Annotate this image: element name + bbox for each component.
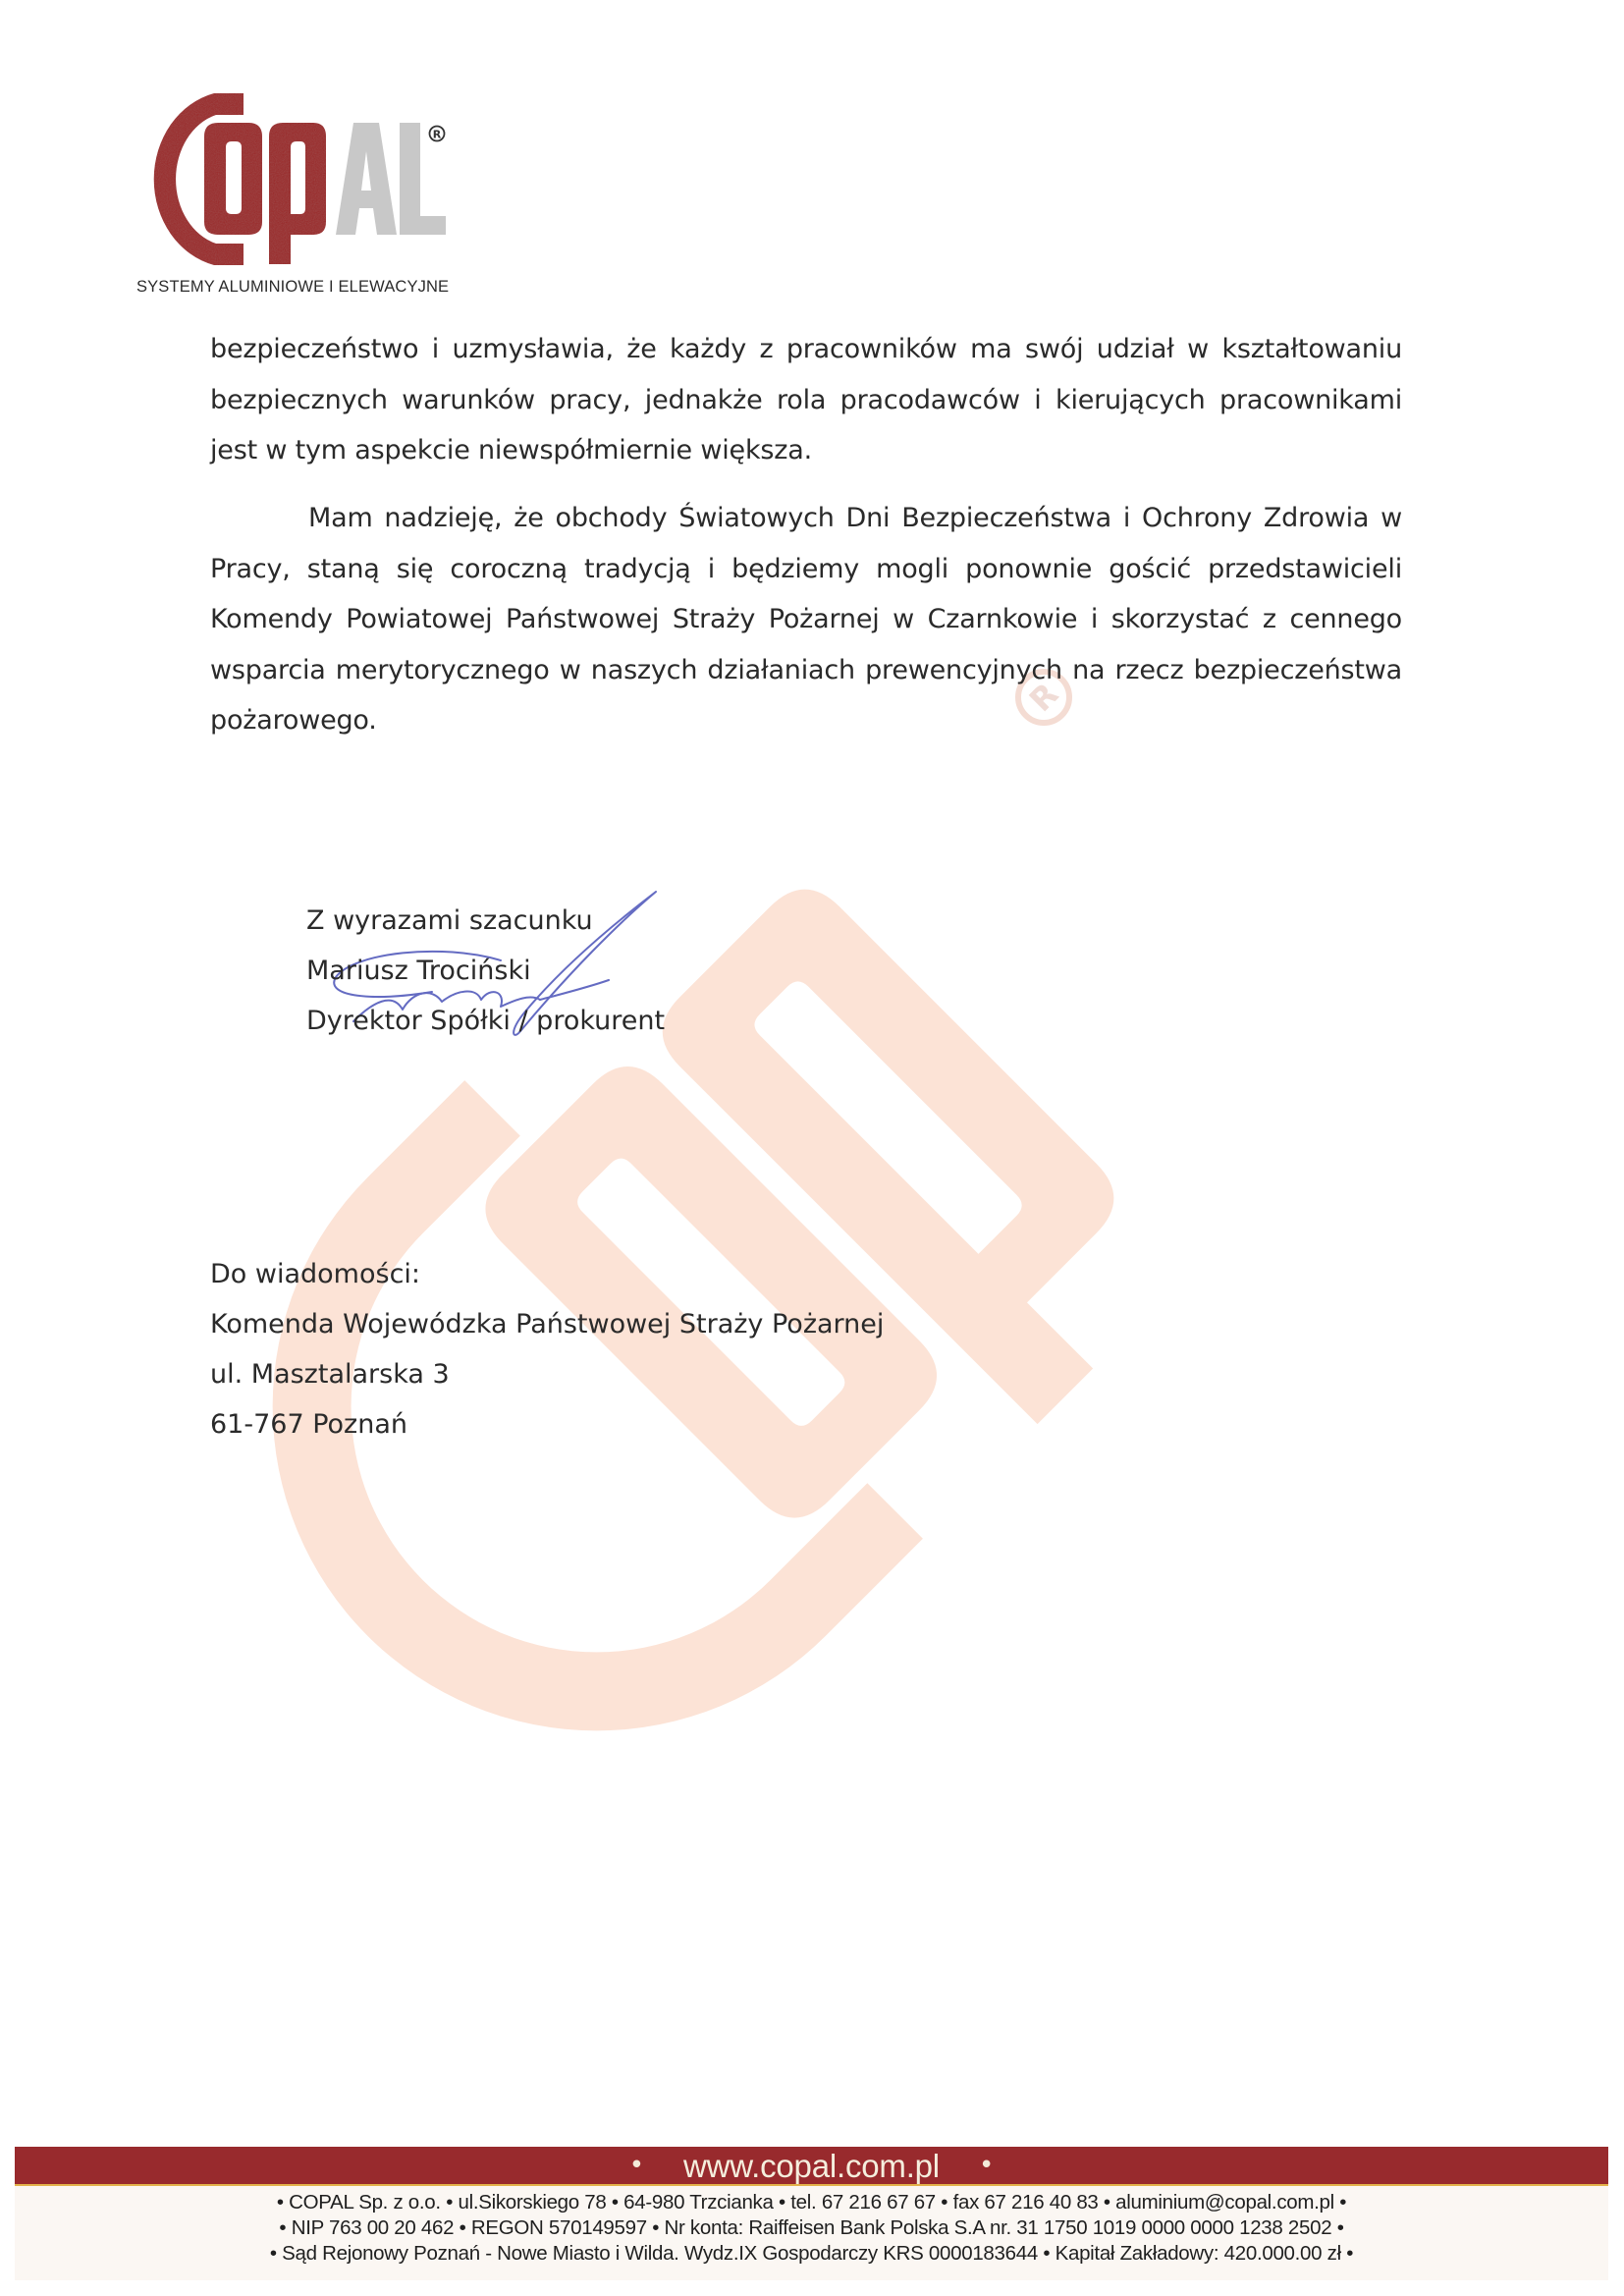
cc-line: Komenda Wojewódzka Państwowej Straży Poż…: [210, 1299, 884, 1349]
letter-paragraph-1: bezpieczeństwo i uzmysławia, że każdy z …: [210, 324, 1402, 476]
copal-logo: R: [134, 90, 458, 272]
logo-c-shape: [154, 93, 244, 265]
closing-block: Z wyrazami szacunku Mariusz Trociński Dy…: [306, 896, 665, 1046]
cc-block: Do wiadomości: Komenda Wojewódzka Państw…: [210, 1249, 884, 1449]
logo-p-shape: [269, 123, 326, 264]
footer-company-info: • COPAL Sp. z o.o. • ul.Sikorskiego 78 •…: [15, 2186, 1608, 2280]
svg-text:R: R: [433, 129, 442, 141]
bullet-icon: •: [979, 2153, 994, 2178]
salutation: Z wyrazami szacunku: [306, 896, 665, 946]
logo-o-shape: [204, 123, 262, 235]
paragraph-text: Mam nadzieję, że obchody Światowych Dni …: [210, 493, 1402, 746]
logo-tagline: SYSTEMY ALUMINIOWE I ELEWACYJNE: [136, 278, 449, 297]
cc-line: 61-767 Poznań: [210, 1399, 884, 1449]
footer-line-court: • Sąd Rejonowy Poznań - Nowe Miasto i Wi…: [15, 2242, 1608, 2266]
footer-website-band: • www.copal.com.pl •: [15, 2147, 1608, 2186]
letter-paragraph-2: Mam nadzieję, że obchody Światowych Dni …: [210, 493, 1402, 746]
website-link[interactable]: www.copal.com.pl: [683, 2150, 940, 2182]
footer-line-registration: • NIP 763 00 20 462 • REGON 570149597 • …: [15, 2216, 1608, 2240]
bullet-icon: •: [629, 2153, 644, 2178]
paragraph-text: bezpieczeństwo i uzmysławia, że każdy z …: [210, 324, 1402, 476]
logo-a-shape: [336, 123, 397, 235]
signatory-name: Mariusz Trociński: [306, 946, 665, 996]
cc-line: ul. Masztalarska 3: [210, 1349, 884, 1399]
signatory-title: Dyrektor Spółki / prokurent: [306, 996, 665, 1046]
watermark-c-shape: [138, 1080, 923, 1865]
cc-heading: Do wiadomości:: [210, 1249, 884, 1299]
registered-icon: R: [430, 127, 445, 141]
footer-line-contact: • COPAL Sp. z o.o. • ul.Sikorskiego 78 •…: [15, 2191, 1608, 2214]
